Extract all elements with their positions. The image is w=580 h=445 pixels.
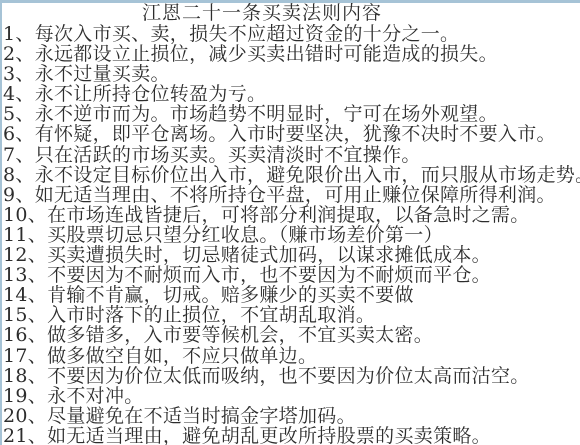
rule-line-4: 4、永不让所持仓位转盈为亏。 xyxy=(2,84,580,104)
rule-line-5: 5、永不逆市而为。市场趋势不明显时，宁可在场外观望。 xyxy=(2,104,580,124)
rule-line-15: 15、入市时落下的止损位，不宜胡乱取消。 xyxy=(2,305,580,325)
rule-line-6: 6、有怀疑，即平仓离场。入市时要坚决，犹豫不决时不要入市。 xyxy=(2,124,580,144)
rule-line-7: 7、只在活跃的市场买卖。买卖清淡时不宜操作。 xyxy=(2,145,580,165)
rule-line-14: 14、肯输不肯赢，切戒。赔多赚少的买卖不要做 xyxy=(2,285,580,305)
rule-line-21: 21、如无适当理由，避免胡乱更改所持股票的买卖策略。 xyxy=(2,426,580,445)
document-page: 江恩二十一条买卖法则内容 1、每次入市买、卖，损失不应超过资金的十分之一。 2、… xyxy=(0,0,580,445)
rule-line-16: 16、做多错多，入市要等候机会，不宜买卖太密。 xyxy=(2,325,580,345)
rule-line-10: 10、在市场连战皆捷后，可将部分利润提取，以备急时之需。 xyxy=(2,205,580,225)
page-title: 江恩二十一条买卖法则内容 xyxy=(2,3,580,24)
rule-line-12: 12、买卖遭损失时，切忌赌徒式加码，以谋求摊低成本。 xyxy=(2,245,580,265)
rule-line-8: 8、永不设定目标价位出入市，避免限价出入市，而只服从市场走势。 xyxy=(2,165,580,185)
rule-line-11: 11、买股票切忌只望分红收息。（赚市场差价第一） xyxy=(2,225,580,245)
rule-line-20: 20、尽量避免在不适当时搞金字塔加码。 xyxy=(2,406,580,426)
rule-line-1: 1、每次入市买、卖，损失不应超过资金的十分之一。 xyxy=(2,24,580,44)
rule-list: 1、每次入市买、卖，损失不应超过资金的十分之一。 2、永远都设立止损位，减少买卖… xyxy=(2,24,580,445)
rule-line-9: 9、如无适当理由、不将所持仓平盘，可用止赚位保障所得利润。 xyxy=(2,185,580,205)
rule-line-13: 13、不要因为不耐烦而入市，也不要因为不耐烦而平仓。 xyxy=(2,265,580,285)
rule-line-19: 19、永不对冲。 xyxy=(2,386,580,406)
rule-line-3: 3、永不过量买卖。 xyxy=(2,64,580,84)
rule-line-18: 18、不要因为价位太低而吸纳，也不要因为价位太高而沽空。 xyxy=(2,366,580,386)
rule-line-17: 17、做多做空自如，不应只做单边。 xyxy=(2,346,580,366)
rule-line-2: 2、永远都设立止损位，减少买卖出错时可能造成的损失。 xyxy=(2,44,580,64)
